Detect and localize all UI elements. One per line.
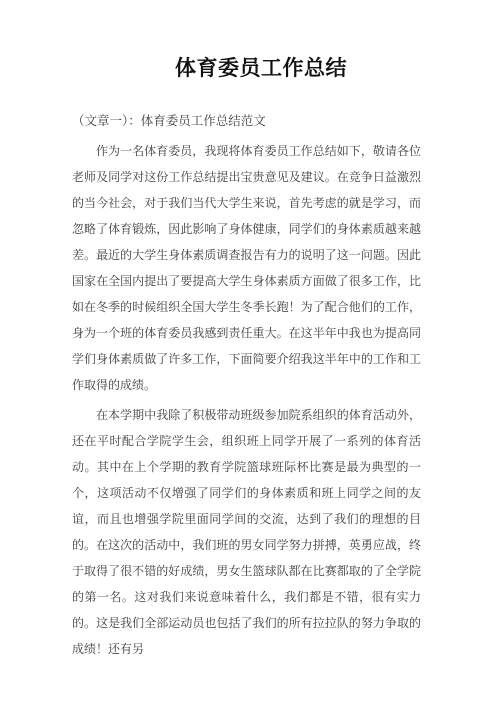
paragraph-2: 在本学期中我除了积极带动班级参加院系组织的体育活动外，还在平时配合学院学生会，组… — [72, 402, 421, 662]
document-body: 作为一名体育委员，我现将体育委员工作总结如下，敬请各位老师及同学对这份工作总结提… — [72, 138, 421, 666]
document-title: 体育委员工作总结 — [0, 54, 500, 82]
paragraph-1: 作为一名体育委员，我现将体育委员工作总结如下，敬请各位老师及同学对这份工作总结提… — [72, 138, 421, 398]
document-subtitle: （文章一）：体育委员工作总结范文 — [72, 112, 266, 130]
document-page: 体育委员工作总结 （文章一）：体育委员工作总结范文 作为一名体育委员，我现将体育… — [0, 0, 500, 708]
